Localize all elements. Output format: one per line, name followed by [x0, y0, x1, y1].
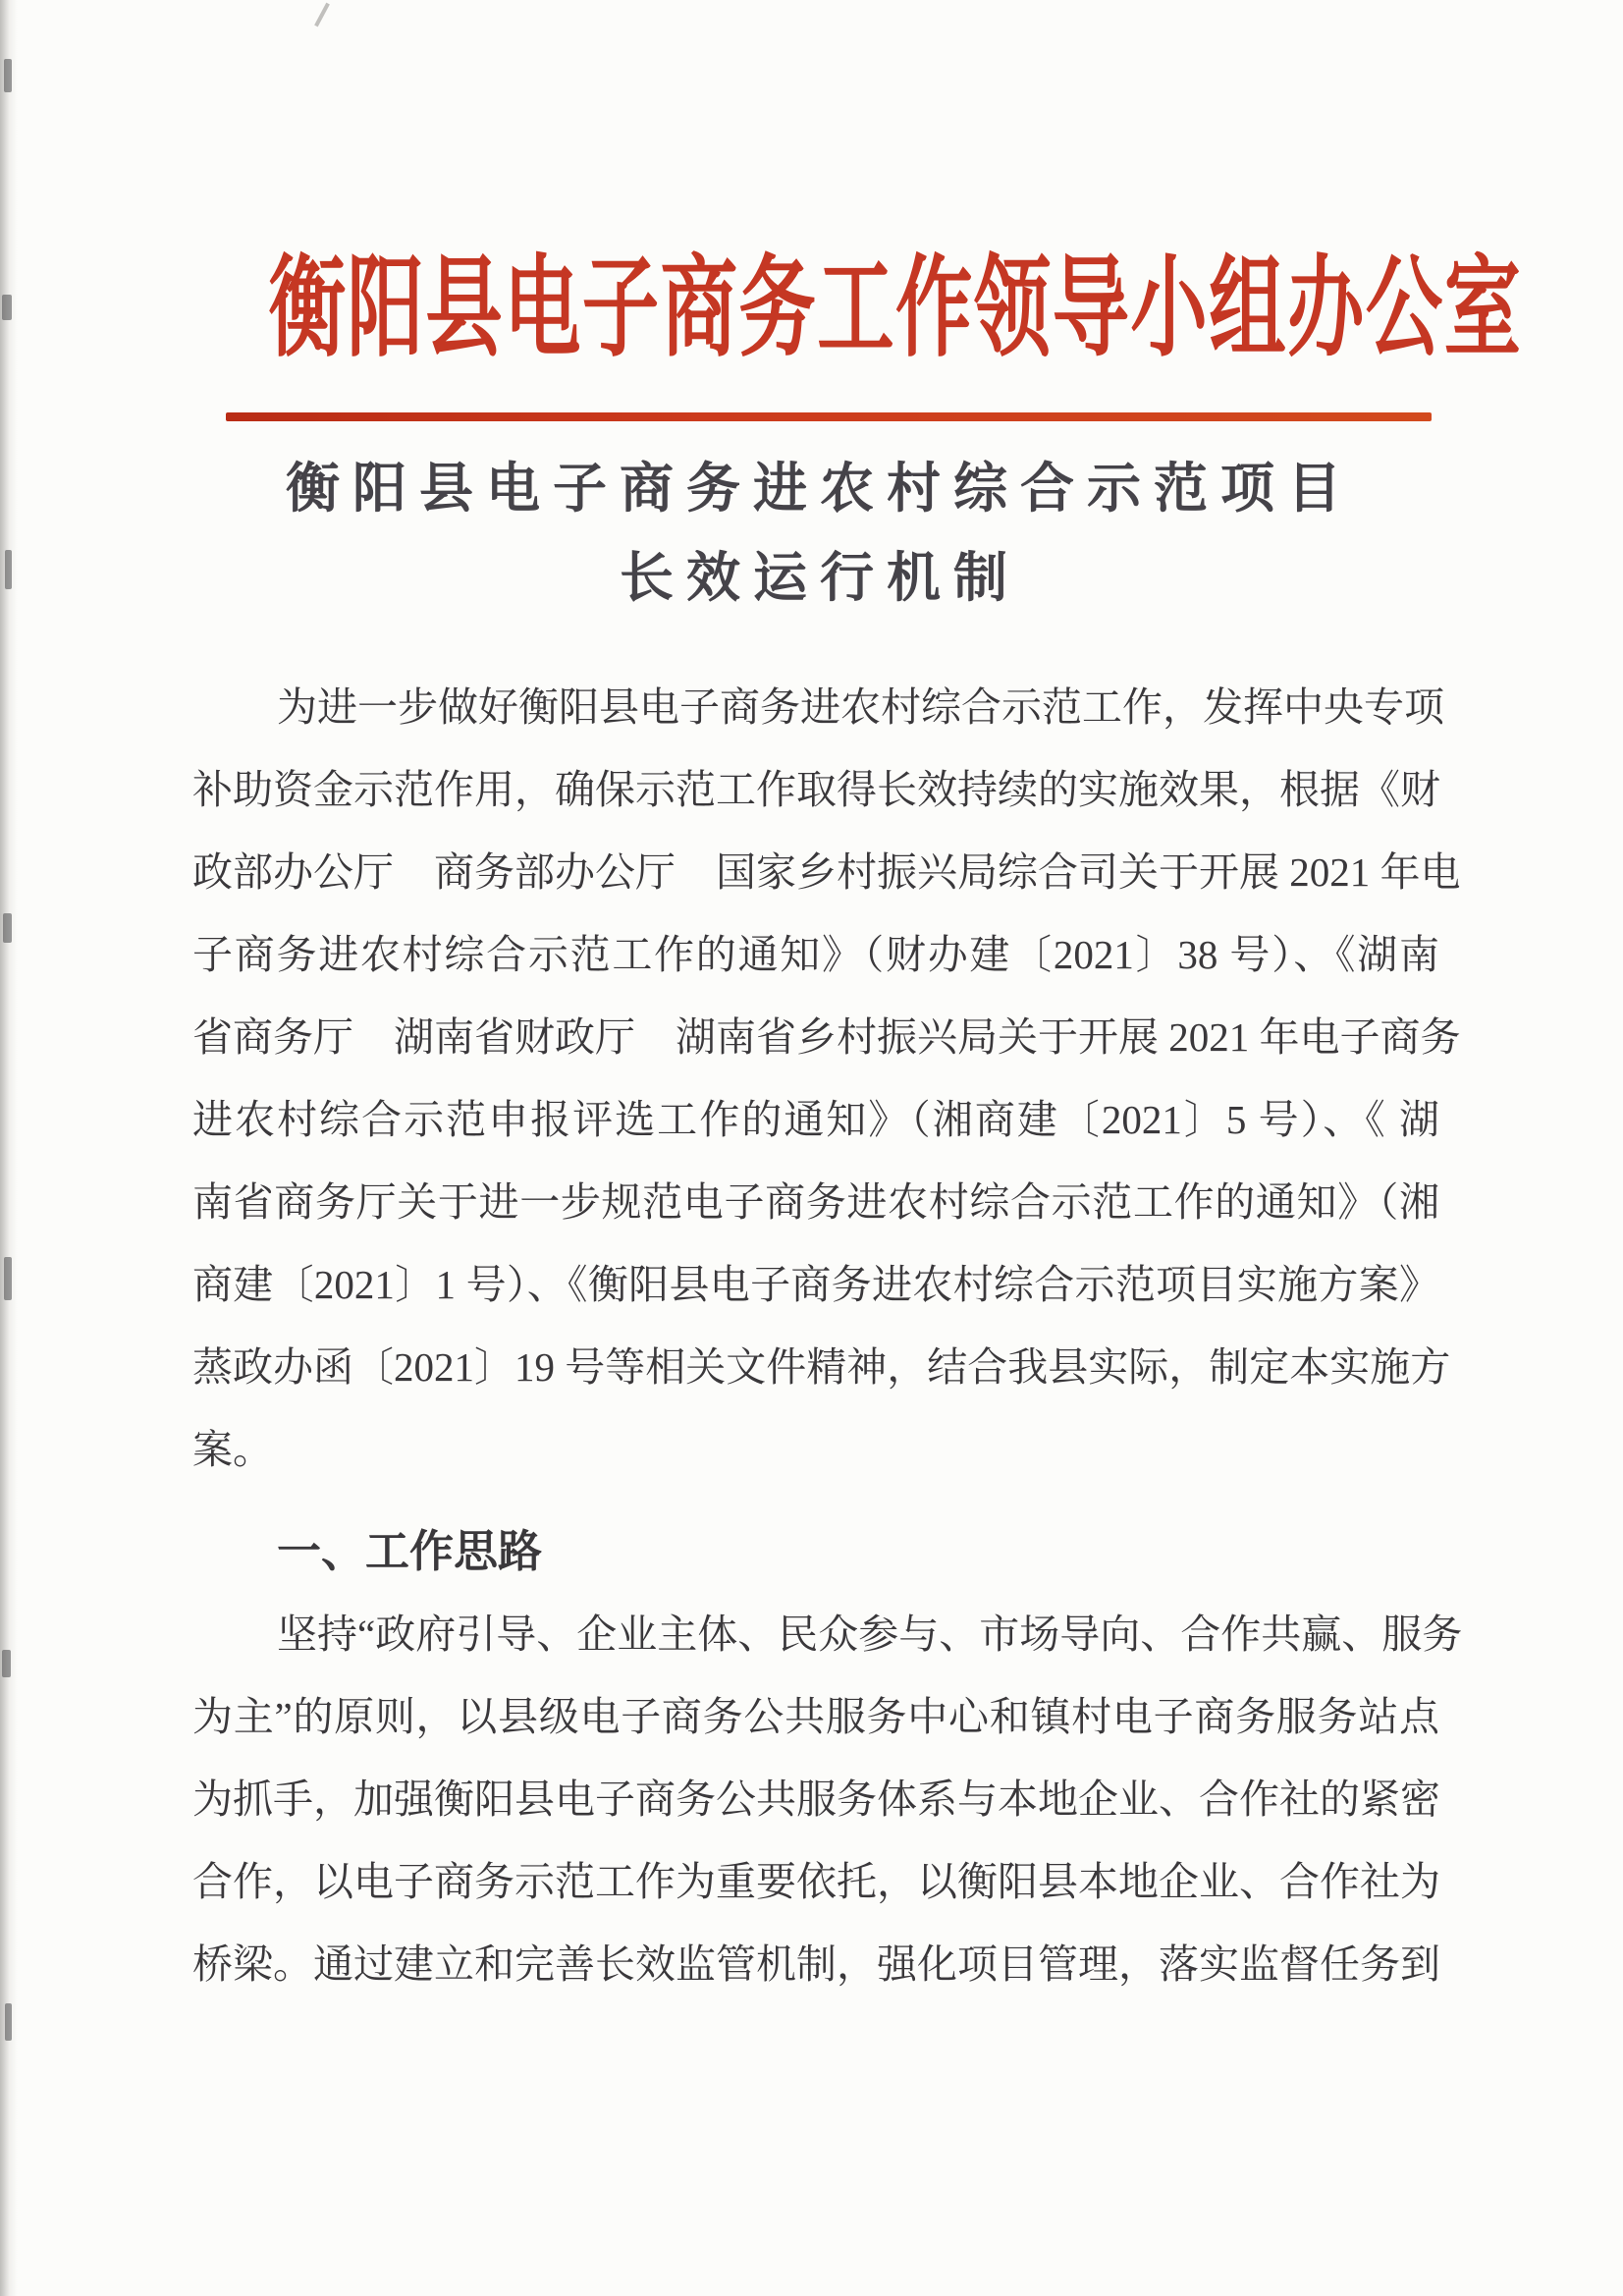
- red-divider-rule: [226, 412, 1432, 421]
- body-line: 补助资金示范作用，确保示范工作取得长效持续的实施效果，根据《财: [192, 748, 1439, 831]
- document-title: 衡阳县电子商务进农村综合示范项目 长效运行机制: [196, 444, 1443, 623]
- scan-artifact: [314, 3, 330, 27]
- org-header-text: 衡阳县电子商务工作领导小组办公室: [269, 220, 1523, 378]
- org-header: 衡阳县电子商务工作领导小组办公室: [0, 220, 1473, 378]
- scan-artifact: [3, 913, 12, 943]
- body-line: 商建〔2021〕1 号）、《衡阳县电子商务进农村综合示范项目实施方案》: [192, 1243, 1439, 1326]
- scan-artifact: [5, 2003, 12, 2041]
- document-title-line-2: 长效运行机制: [196, 533, 1443, 623]
- scanned-document-page: 衡阳县电子商务工作领导小组办公室 衡阳县电子商务进农村综合示范项目 长效运行机制…: [0, 0, 1623, 2296]
- body-line: 子商务进农村综合示范工作的通知》（财办建〔2021〕38 号）、《湖南: [192, 913, 1439, 996]
- body-line: 为进一步做好衡阳县电子商务进农村综合示范工作，发挥中央专项: [192, 666, 1439, 748]
- body-line: 坚持“政府引导、企业主体、民众参与、市场导向、合作共赢、服务: [192, 1593, 1439, 1675]
- scan-artifact: [4, 1257, 12, 1300]
- body-line: 桥梁。通过建立和完善长效监管机制，强化项目管理，落实监督任务到: [192, 1923, 1439, 2005]
- scan-artifact: [2, 1650, 11, 1677]
- body-line: 案。: [192, 1408, 1439, 1491]
- body-line: 蒸政办函〔2021〕19 号等相关文件精神，结合我县实际，制定本实施方: [192, 1326, 1439, 1408]
- body-line: 政部办公厅 商务部办公厅 国家乡村振兴局综合司关于开展 2021 年电: [192, 831, 1439, 913]
- body-line: 为抓手，加强衡阳县电子商务公共服务体系与本地企业、合作社的紧密: [192, 1758, 1439, 1840]
- document-title-line-1: 衡阳县电子商务进农村综合示范项目: [196, 444, 1443, 533]
- body-line: 为主”的原则，以县级电子商务公共服务中心和镇村电子商务服务站点: [192, 1675, 1439, 1758]
- scan-artifact: [4, 59, 12, 92]
- body-line: 南省商务厅关于进一步规范电子商务进农村综合示范工作的通知》（湘: [192, 1161, 1439, 1243]
- document-body: 为进一步做好衡阳县电子商务进农村综合示范工作，发挥中央专项 补助资金示范作用，确…: [192, 666, 1439, 2005]
- scan-artifact: [5, 550, 12, 589]
- section-heading: 一、工作思路: [192, 1510, 1439, 1593]
- body-line: 省商务厅 湖南省财政厅 湖南省乡村振兴局关于开展 2021 年电子商务: [192, 996, 1439, 1078]
- body-line: 合作，以电子商务示范工作为重要依托，以衡阳县本地企业、合作社为: [192, 1840, 1439, 1923]
- body-line: 进农村综合示范申报评选工作的通知》（湘商建〔2021〕5 号）、《 湖: [192, 1078, 1439, 1161]
